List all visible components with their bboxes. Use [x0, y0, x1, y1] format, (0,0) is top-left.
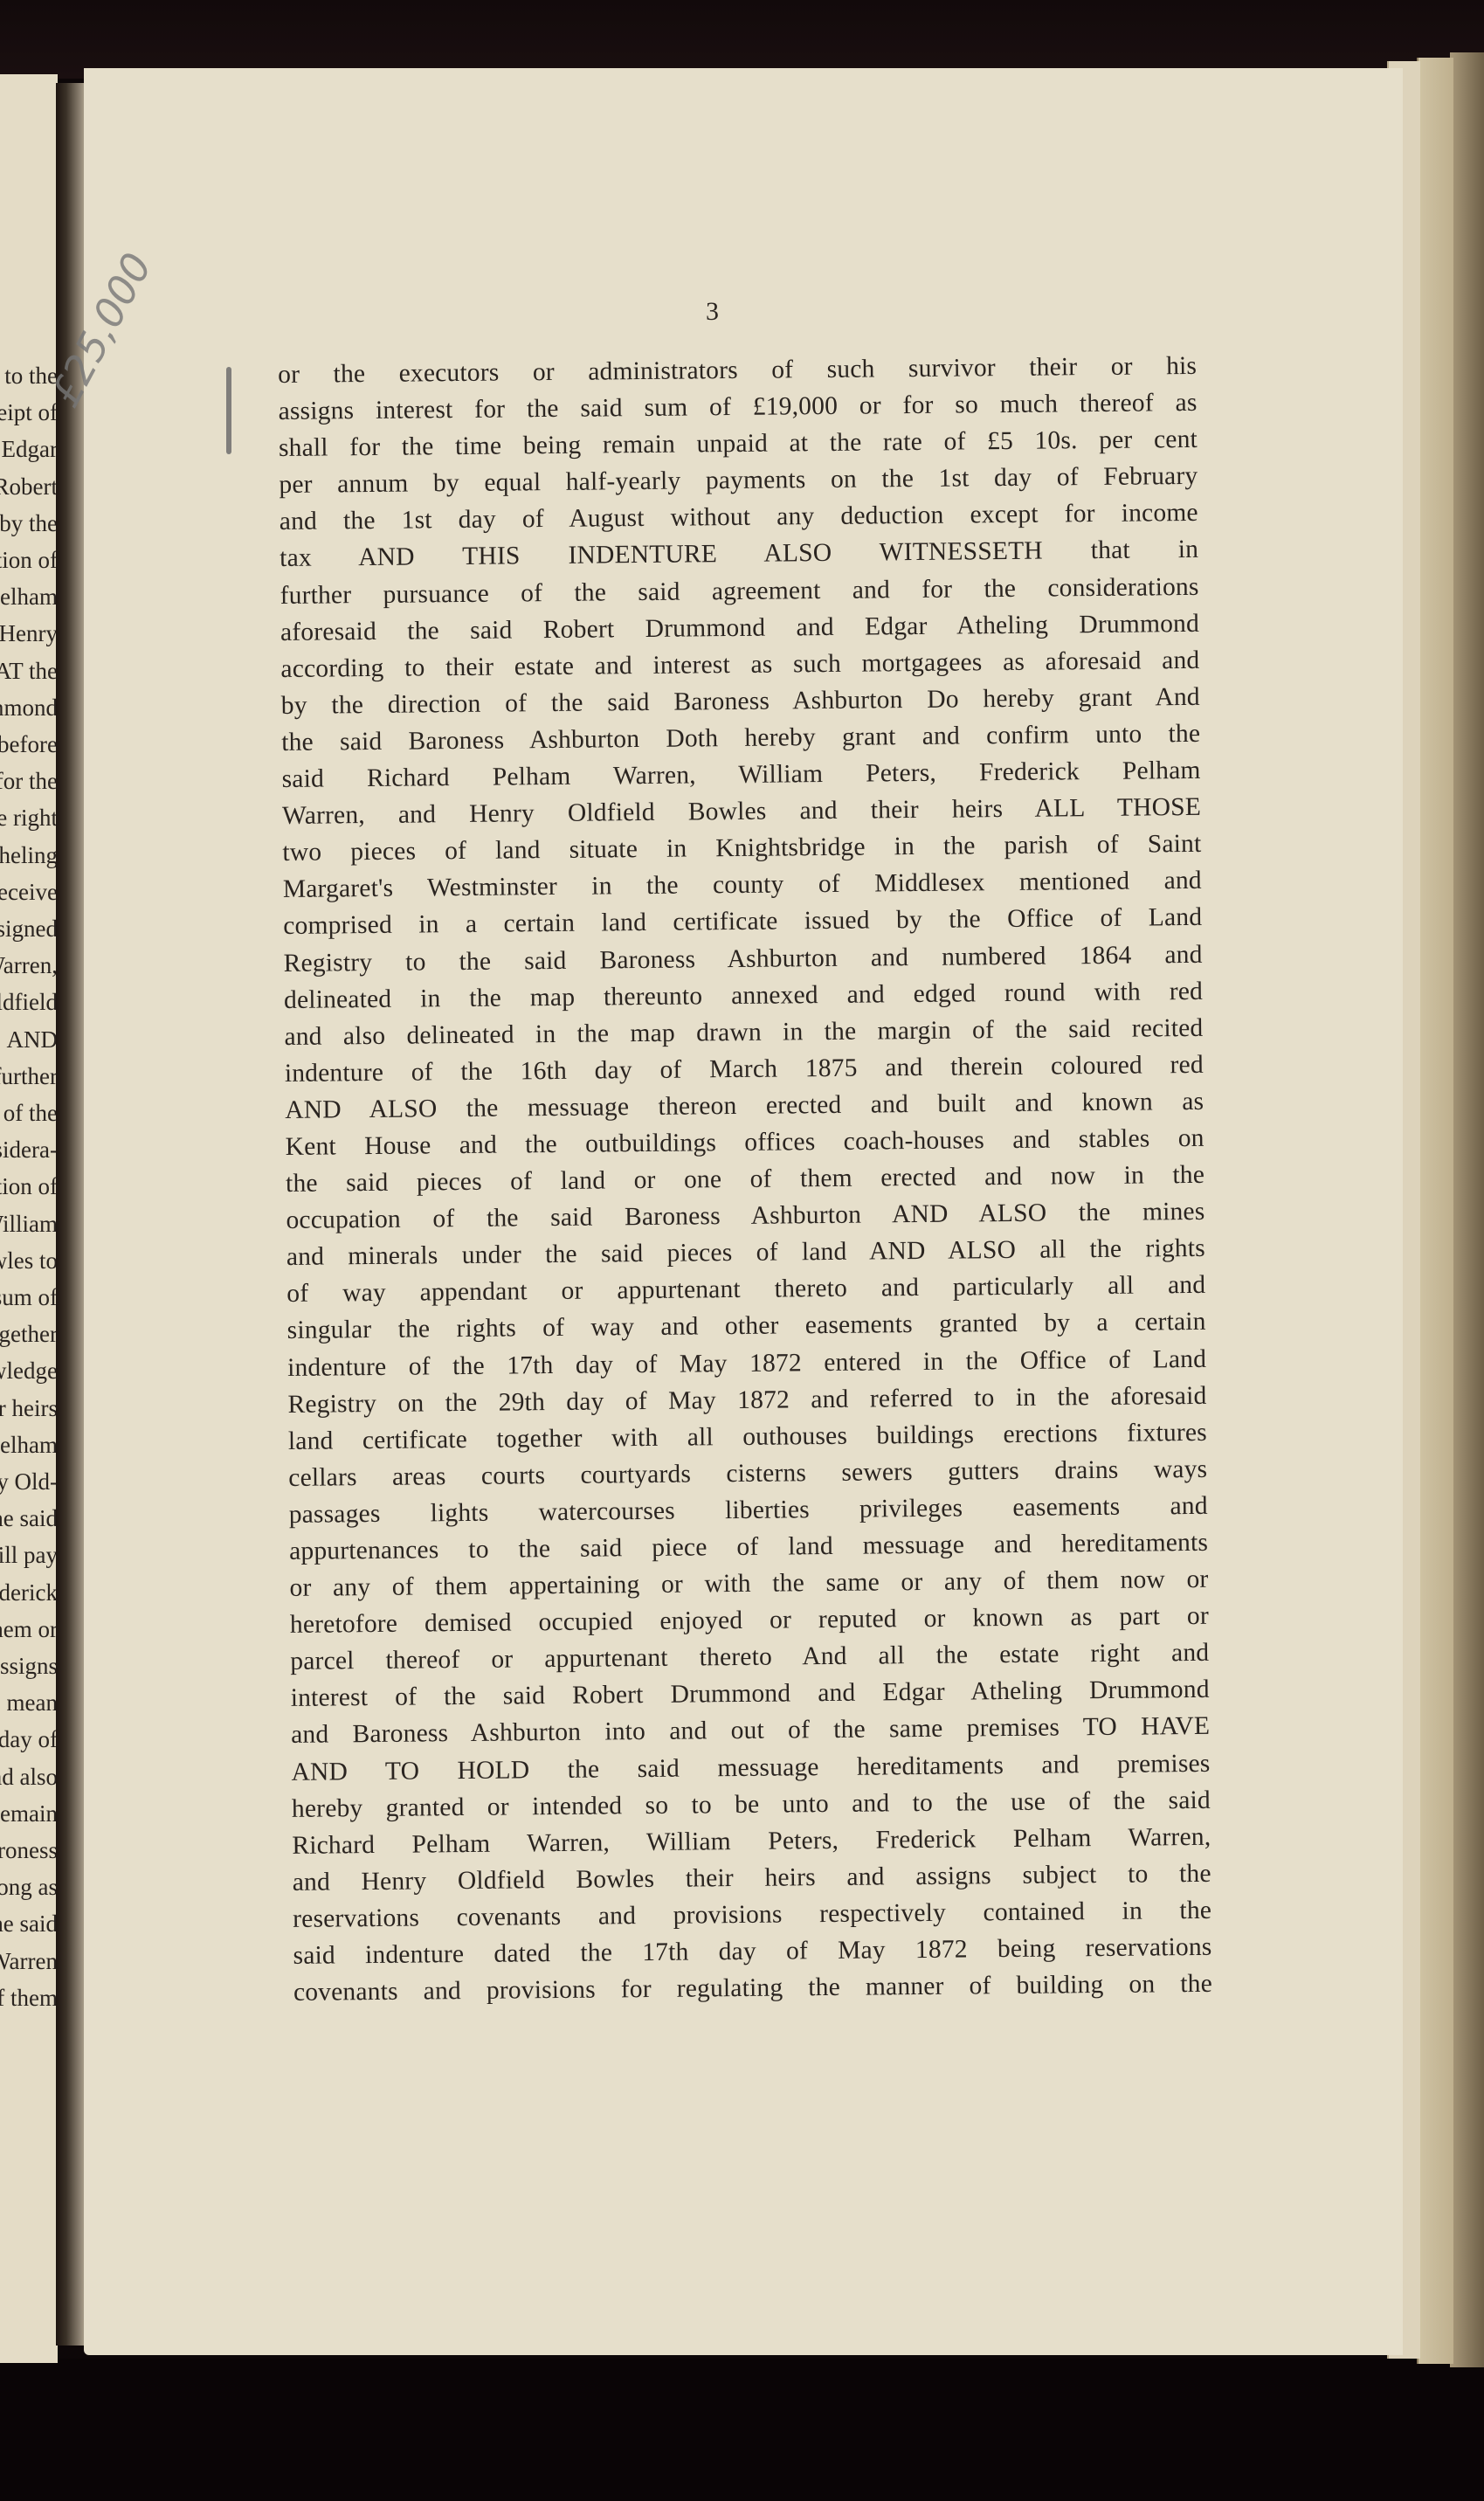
facing-page-text-fragment: o the said	[0, 1910, 58, 1938]
book-cover-bottom	[0, 2359, 1484, 2501]
facing-page-text-fragment: Pelham	[0, 584, 58, 611]
facing-page-text-fragment: William	[0, 1211, 58, 1238]
facing-page-text-fragment: AND	[7, 1026, 59, 1054]
facing-page-text-fragment: for the	[0, 768, 58, 795]
page-number: 3	[706, 297, 719, 327]
facing-page-text-fragment: the mean	[0, 1689, 58, 1717]
facing-page-text-fragment: by the	[0, 510, 58, 537]
facing-page-text-fragment: owles to	[0, 1247, 58, 1275]
facing-page-text-fragment: Pelham	[0, 1432, 58, 1459]
facing-page-text-fragment: ll remain	[0, 1800, 58, 1827]
facing-page-text-fragment: of them	[0, 1985, 58, 2012]
facing-page-text-fragment: mmond	[0, 694, 58, 722]
facing-page-text-fragment: Henry	[0, 620, 58, 647]
facing-page-text-fragment: is assigns	[0, 1653, 58, 1680]
facing-page-text-fragment: enry Old-	[0, 1468, 58, 1496]
facing-page-text-fragment: her heirs	[0, 1395, 58, 1422]
facing-page-text-fragment: Baroness	[0, 1837, 58, 1864]
pencil-margin-mark	[226, 367, 231, 454]
facing-page-text-fragment: Robert	[0, 473, 58, 501]
facing-page-text-fragment: Frederick	[0, 1579, 58, 1606]
facing-page: to theceipt ofEdgarRobertby theation ofP…	[0, 74, 58, 2363]
facing-page-text-fragment: the said	[0, 1505, 58, 1532]
facing-page-text-fragment: Oldfield	[0, 989, 58, 1016]
facing-page-text-fragment: nowledge	[0, 1358, 58, 1385]
facing-page-text-fragment: receive	[0, 879, 58, 906]
facing-page-text-fragment: of the	[3, 1100, 58, 1127]
facing-page-text-fragment: n Warren	[0, 1948, 58, 1975]
facing-page-text-fragment: Edgar	[2, 436, 58, 463]
facing-page-text-fragment: sum of	[0, 1284, 58, 1311]
facing-page-text-fragment: he right	[0, 805, 58, 832]
facing-page-text-fragment: Warren,	[0, 952, 58, 979]
facing-page-text-fragment: Atheling	[0, 842, 58, 869]
facing-page-text-fragment: f them or	[0, 1616, 58, 1643]
facing-page-text-fragment: ution of	[0, 1173, 58, 1200]
page-edge	[1417, 58, 1453, 2364]
facing-page-text-fragment: further	[0, 1063, 58, 1090]
book-cover-top	[0, 0, 1484, 79]
facing-page-text-fragment: assigned	[0, 915, 58, 943]
facing-page-text-fragment: long as	[0, 1874, 58, 1901]
facing-page-text-fragment: 1st day of	[0, 1726, 58, 1753]
facing-page-text-fragment: will pay	[0, 1542, 58, 1569]
facing-page-text-fragment: ation of	[0, 547, 58, 574]
facing-page-text-fragment: AT the	[0, 658, 58, 685]
facing-page-text-fragment: ceipt of	[0, 399, 58, 426]
page-edge	[1450, 52, 1484, 2367]
book-gutter	[56, 83, 86, 2346]
facing-page-text-fragment: together	[0, 1321, 58, 1348]
facing-page-text-fragment: onsidera-	[0, 1137, 58, 1164]
facing-page-text-fragment: nbefore	[0, 731, 58, 758]
document-body: or the executors or administrators of su…	[278, 348, 1212, 2011]
facing-page-text-fragment: And also	[0, 1764, 58, 1791]
